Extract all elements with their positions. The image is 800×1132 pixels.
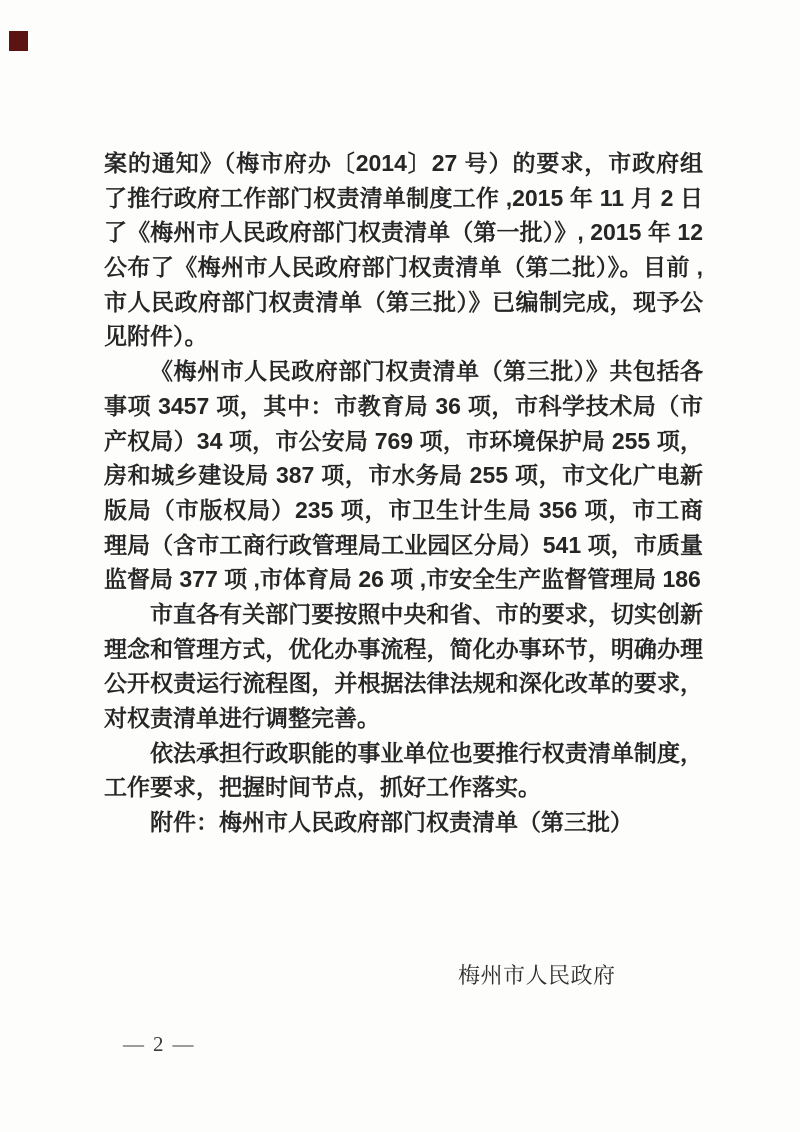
body-line: 产权局）34 项，市公安局 769 项，市环境保护局 255 项，市住 — [104, 424, 703, 459]
attachment-line: 附件：梅州市人民政府部门权责清单（第三批） — [104, 805, 703, 840]
footer-dash-right: — — [173, 1032, 194, 1057]
signature: 梅州市人民政府 — [458, 959, 616, 990]
body-line: 公布了《梅州市人民政府部门权责清单（第二批）》。目前 ,《梅州 — [104, 250, 703, 285]
body-line: 市直各有关部门要按照中央和省、市的要求，切实创新管理 — [104, 597, 703, 632]
body-line: 对权责清单进行调整完善。 — [104, 701, 703, 736]
body-line: 了《梅州市人民政府部门权责清单（第一批）》, 2015 年 12 月日 — [104, 215, 703, 250]
body-line: 房和城乡建设局 387 项，市水务局 255 项，市文化广电新闻出 — [104, 458, 703, 493]
body-line: 市人民政府部门权责清单（第三批）》已编制完成，现予公布（详 — [104, 285, 703, 320]
body-line: 版局（市版权局）235 项，市卫生计生局 356 项，市工商行政管 — [104, 493, 703, 528]
body-line: 理念和管理方式，优化办事流程，简化办事环节，明确办理时限， — [104, 632, 703, 667]
scan-corner-mark — [9, 31, 28, 51]
body-line: 监督局 377 项 ,市体育局 26 项 ,市安全生产监督管理局 186 项。 — [104, 562, 703, 597]
body-line: 依法承担行政职能的事业单位也要推行权责清单制度，按照 — [104, 736, 703, 771]
body-line: 公开权责运行流程图，并根据法律法规和深化改革的要求，不断 — [104, 666, 703, 701]
body-line: 《梅州市人民政府部门权责清单（第三批）》共包括各类权责 — [104, 354, 703, 389]
footer-dash-left: — — [123, 1032, 144, 1057]
page-footer: — 2 — — [123, 1032, 194, 1057]
body-line: 事项 3457 项，其中：市教育局 36 项，市科学技术局（市知识 — [104, 389, 703, 424]
document-body: 案的通知》（梅市府办〔2014〕27 号）的要求，市政府组织开展 了推行政府工作… — [104, 146, 703, 840]
body-line: 见附件）。 — [104, 319, 703, 354]
body-line: 案的通知》（梅市府办〔2014〕27 号）的要求，市政府组织开展 — [104, 146, 703, 181]
body-line: 理局（含市工商行政管理局工业园区分局）541 项，市质量技术 — [104, 528, 703, 563]
body-line: 了推行政府工作部门权责清单制度工作 ,2015 年 11 月 2 日公布 — [104, 181, 703, 216]
page-number: 2 — [153, 1032, 164, 1057]
document-page: 案的通知》（梅市府办〔2014〕27 号）的要求，市政府组织开展 了推行政府工作… — [0, 0, 800, 1132]
body-line: 工作要求，把握时间节点，抓好工作落实。 — [104, 770, 703, 805]
